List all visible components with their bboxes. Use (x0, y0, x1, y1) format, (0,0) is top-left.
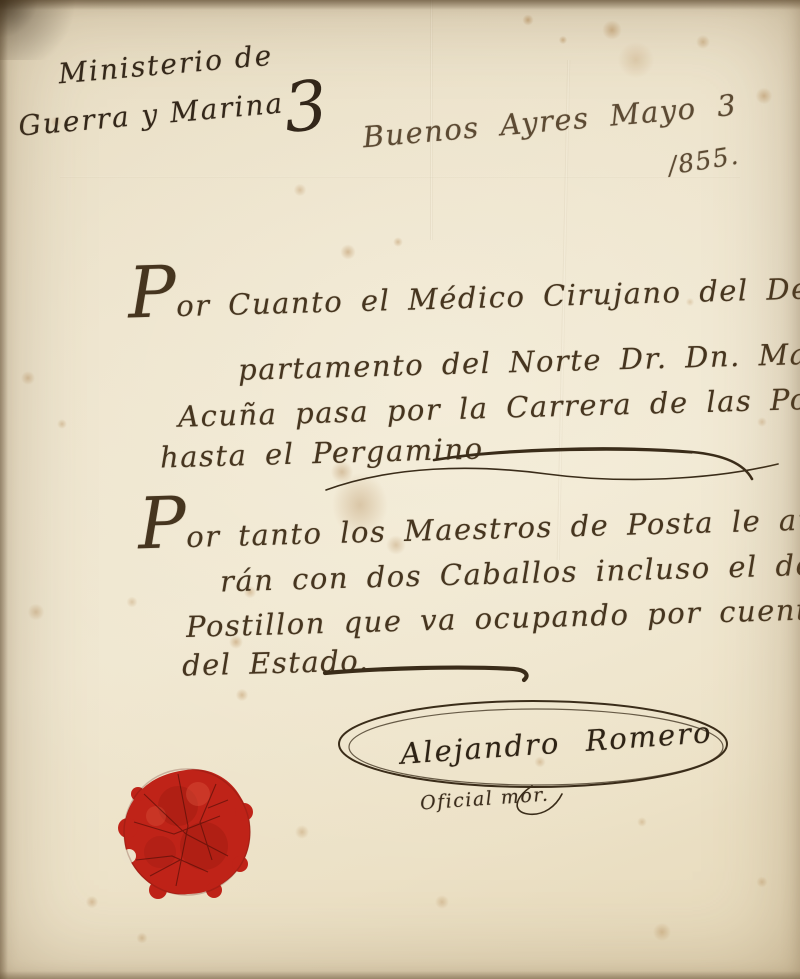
photo-corner-shadow (0, 0, 90, 60)
red-wax-seal (116, 764, 262, 910)
wax-seal-graphic (116, 764, 262, 910)
body-p1-line1: Por Cuanto el Médico Cirujano del De (127, 248, 800, 324)
photo-edge-bottom (0, 971, 800, 979)
pen-underline-estado (322, 660, 534, 684)
body-p2-line1: Por tanto los Maestros de Posta le ausil… (137, 478, 800, 556)
file-number: 3 (280, 66, 331, 149)
body-p1-line2: partamento del Norte Dr. Dn. Manuel (238, 335, 800, 387)
letterhead-office-line2: Guerra y Marina (17, 86, 285, 142)
photo-edge-top (0, 0, 800, 10)
dateline-year: /855. (666, 141, 741, 181)
body-p2-line3: Postillon que va ocupando por cuenta (186, 592, 800, 644)
paper-crease (60, 176, 740, 178)
dateline-place: Buenos Ayres Mayo 3 (361, 88, 738, 155)
body-p1-line3: Acuña pasa por la Carrera de las Postas (178, 380, 800, 433)
document-page: Ministerio de Guerra y Marina 3 Buenos A… (0, 0, 800, 979)
body-p2-line2: rán con dos Caballos incluso el del (220, 548, 800, 599)
photo-edge-left (0, 0, 8, 979)
